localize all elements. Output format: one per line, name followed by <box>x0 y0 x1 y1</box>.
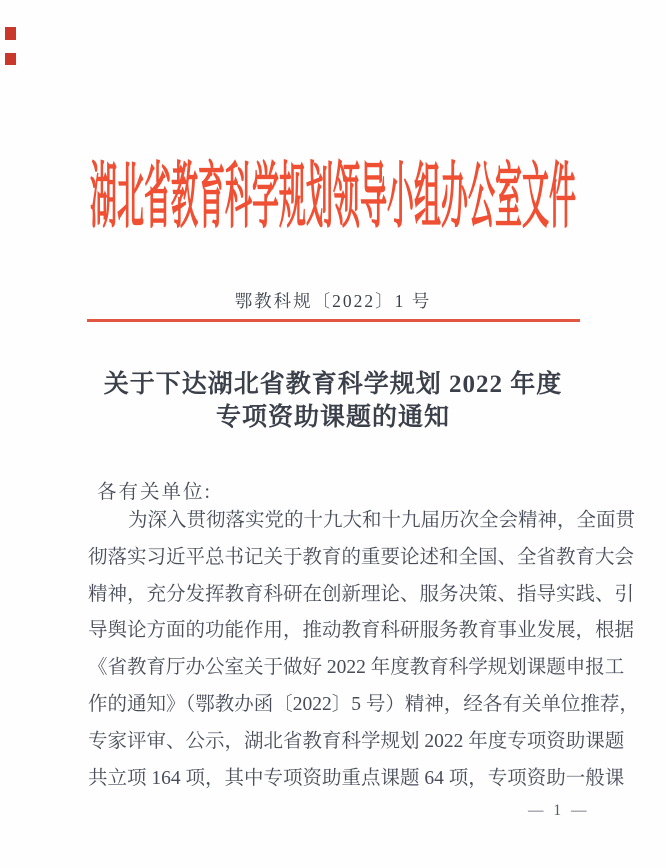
body-line: 精神，充分发挥教育科研在创新理论、服务决策、指导实践、引 <box>88 577 584 614</box>
body-line: 《省教育厅办公室关于做好 2022 年度教育科学规划课题申报工 <box>88 650 584 687</box>
body-line: 专家评审、公示，湖北省教育科学规划 2022 年度专项资助课题 <box>88 724 584 761</box>
body-line: 共立项 164 项，其中专项资助重点课题 64 项，专项资助一般课 <box>88 761 584 798</box>
letterhead: 湖北省教育科学规划领导小组办公室文件 <box>0 156 666 238</box>
body-line: 为深入贯彻落实党的十九大和十九届历次全会精神，全面贯 <box>88 503 584 540</box>
salutation: 各有关单位: <box>97 476 212 504</box>
notice-title-line2: 专项资助课题的通知 <box>0 401 666 434</box>
body-line: 作的通知》（鄂教办函〔2022〕5 号）精神，经各有关单位推荐， <box>88 687 584 724</box>
body-line: 彻落实习近平总书记关于教育的重要论述和全国、全省教育大会 <box>88 540 584 577</box>
letterhead-org-title: 湖北省教育科学规划领导小组办公室文件 <box>90 161 576 233</box>
notice-title: 关于下达湖北省教育科学规划 2022 年度 专项资助课题的通知 <box>0 368 666 434</box>
document-page: 湖北省教育科学规划领导小组办公室文件 鄂教科规〔2022〕1 号 关于下达湖北省… <box>0 0 666 868</box>
page-number: — 1 — <box>528 802 590 820</box>
document-number: 鄂教科规〔2022〕1 号 <box>0 288 666 313</box>
scan-artifact-mark <box>5 27 16 40</box>
notice-body: 为深入贯彻落实党的十九大和十九届历次全会精神，全面贯 彻落实习近平总书记关于教育… <box>88 503 584 797</box>
letterhead-divider-rule <box>87 319 580 322</box>
body-line: 导舆论方面的功能作用，推动教育科研服务教育事业发展，根据 <box>88 613 584 650</box>
notice-title-line1: 关于下达湖北省教育科学规划 2022 年度 <box>0 368 666 401</box>
scan-artifact-mark <box>5 53 16 65</box>
